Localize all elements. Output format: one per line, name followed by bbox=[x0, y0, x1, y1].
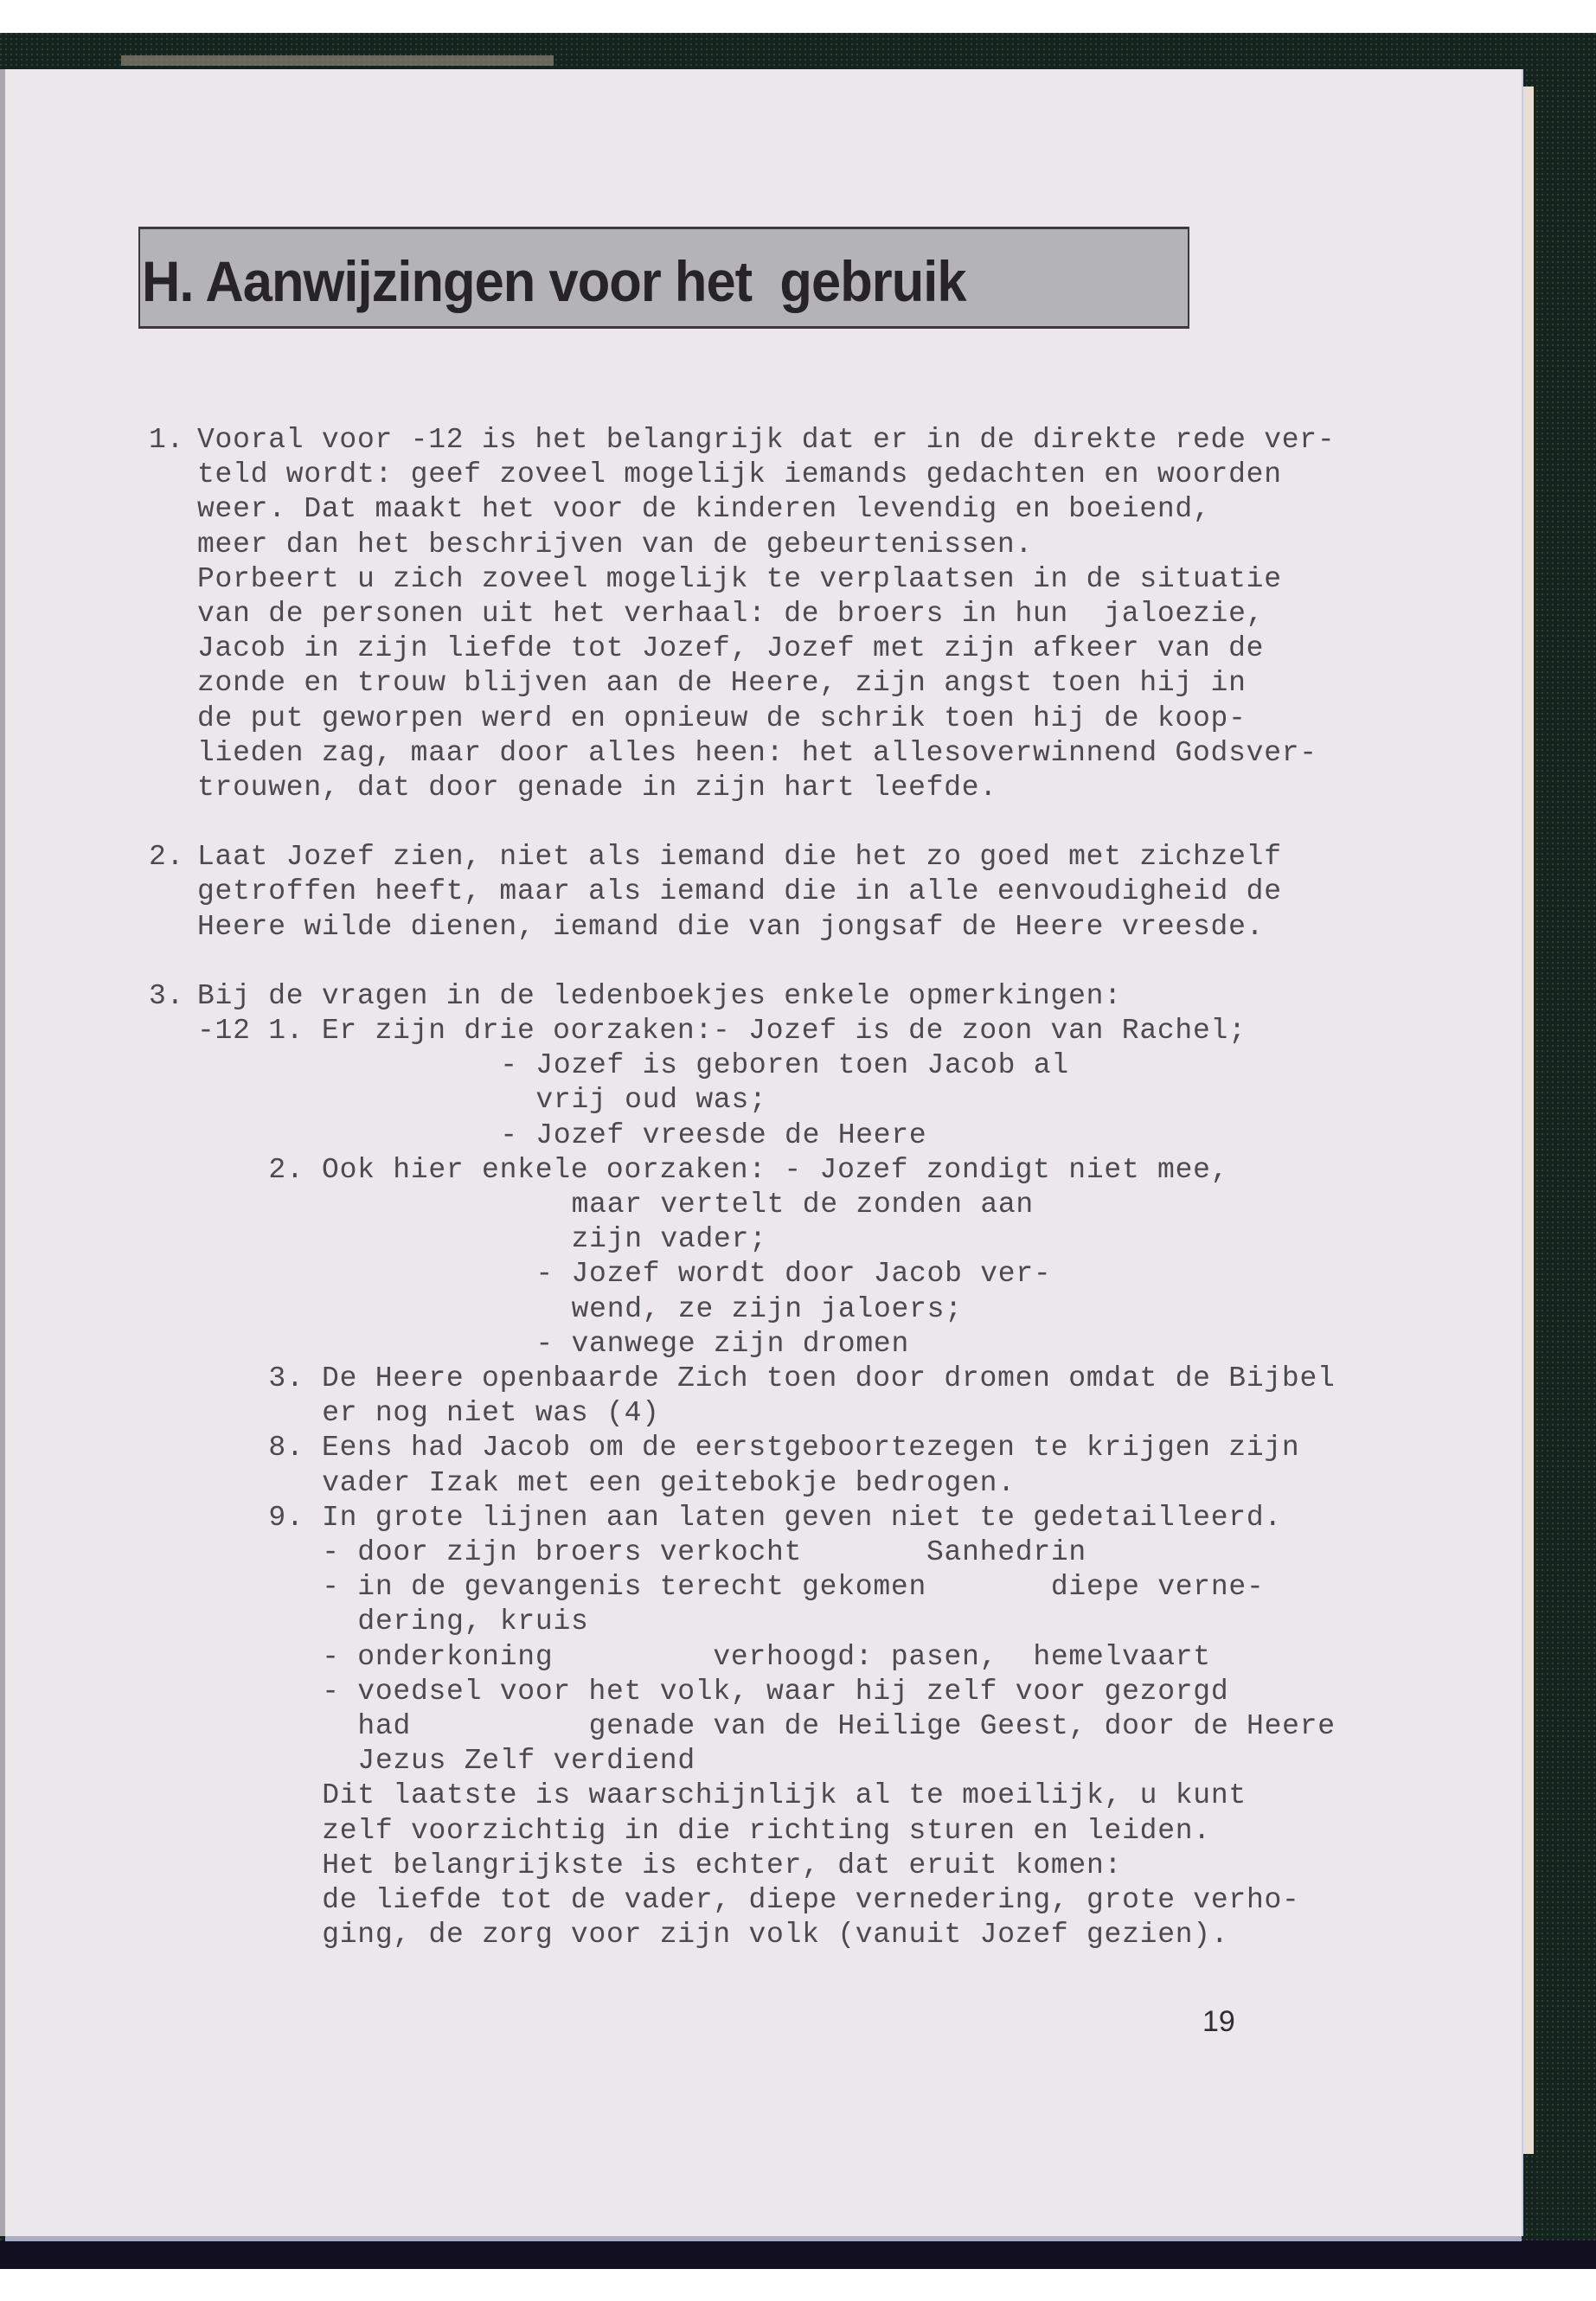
text-line: wend, ze zijn jaloers; bbox=[572, 1292, 963, 1327]
text-line: - voedsel voor het volk, waar hij zelf v… bbox=[322, 1675, 1228, 1709]
text-line: zelf voorzichtig in die richting sturen … bbox=[322, 1814, 1211, 1849]
section-heading: H. Aanwijzingen voor het gebruik bbox=[142, 247, 966, 316]
text-line: lieden zag, maar door alles heen: het al… bbox=[197, 736, 1317, 771]
page-number: 19 bbox=[1202, 2005, 1235, 2039]
text-line: zonde en trouw blijven aan de Heere, zij… bbox=[197, 666, 1247, 701]
text-line: ging, de zorg voor zijn volk (vanuit Joz… bbox=[322, 1918, 1228, 1952]
text-line: getroffen heeft, maar als iemand die in … bbox=[197, 875, 1282, 909]
text-line: Het belangrijkste is echter, dat eruit k… bbox=[322, 1849, 1122, 1883]
text-line: - Jozef is geboren toen Jacob al bbox=[500, 1048, 1069, 1083]
text-line: maar vertelt de zonden aan bbox=[572, 1188, 1034, 1222]
text-line: van de personen uit het verhaal: de broe… bbox=[197, 597, 1264, 631]
text-line: zijn vader; bbox=[572, 1222, 767, 1257]
binder-bottom-edge bbox=[0, 2240, 1596, 2269]
text-line: - Jozef vreesde de Heere bbox=[500, 1118, 926, 1153]
list-marker: 1. bbox=[149, 423, 184, 458]
text-line: - in de gevangenis terecht gekomen diepe… bbox=[322, 1570, 1264, 1605]
text-line: 8. Eens had Jacob om de eerstgeboortezeg… bbox=[268, 1431, 1299, 1465]
text-line: meer dan het beschrijven van de gebeurte… bbox=[197, 528, 1033, 562]
leaf-shadow bbox=[121, 55, 554, 66]
text-line: - Jozef wordt door Jacob ver- bbox=[535, 1257, 1051, 1292]
text-line: vader Izak met een geitebokje bedrogen. bbox=[322, 1466, 1016, 1501]
text-line: - onderkoning verhoogd: pasen, hemelvaar… bbox=[322, 1640, 1211, 1675]
list-marker: 3. bbox=[149, 979, 184, 1014]
text-line: weer. Dat maakt het voor de kinderen lev… bbox=[197, 492, 1211, 527]
text-line: Jacob in zijn liefde tot Jozef, Jozef me… bbox=[197, 631, 1264, 666]
text-line: - door zijn broers verkocht Sanhedrin bbox=[322, 1535, 1086, 1570]
text-line: Heere wilde dienen, iemand die van jongs… bbox=[197, 910, 1264, 945]
text-line: vrij oud was; bbox=[535, 1083, 766, 1118]
text-line: Laat Jozef zien, niet als iemand die het… bbox=[197, 840, 1282, 875]
text-line: dering, kruis bbox=[357, 1605, 588, 1639]
text-line: er nog niet was (4) bbox=[322, 1396, 660, 1431]
text-line: de put geworpen werd en opnieuw de schri… bbox=[197, 702, 1247, 736]
text-line: 3. De Heere openbaarde Zich toen door dr… bbox=[268, 1362, 1335, 1396]
text-line: 9. In grote lijnen aan laten geven niet … bbox=[268, 1501, 1282, 1535]
text-line: Dit laatste is waarschijnlijk al te moei… bbox=[322, 1779, 1247, 1813]
text-line: - vanwege zijn dromen bbox=[535, 1327, 909, 1362]
text-line: had genade van de Heilige Geest, door de… bbox=[357, 1709, 1335, 1744]
text-line: Porbeert u zich zoveel mogelijk te verpl… bbox=[197, 562, 1282, 597]
text-line: Vooral voor -12 is het belangrijk dat er… bbox=[197, 423, 1335, 458]
text-line: 2. Ook hier enkele oorzaken: - Jozef zon… bbox=[268, 1153, 1228, 1188]
text-line: Bij de vragen in de ledenboekjes enkele … bbox=[197, 979, 1122, 1014]
text-line: trouwen, dat door genade in zijn hart le… bbox=[197, 771, 997, 805]
text-line: -12 1. Er zijn drie oorzaken:- Jozef is … bbox=[197, 1014, 1247, 1048]
text-line: teld wordt: geef zoveel mogelijk iemands… bbox=[197, 458, 1282, 492]
list-marker: 2. bbox=[149, 840, 184, 875]
text-line: de liefde tot de vader, diepe vernederin… bbox=[322, 1883, 1299, 1918]
text-line: Jezus Zelf verdiend bbox=[357, 1744, 695, 1779]
